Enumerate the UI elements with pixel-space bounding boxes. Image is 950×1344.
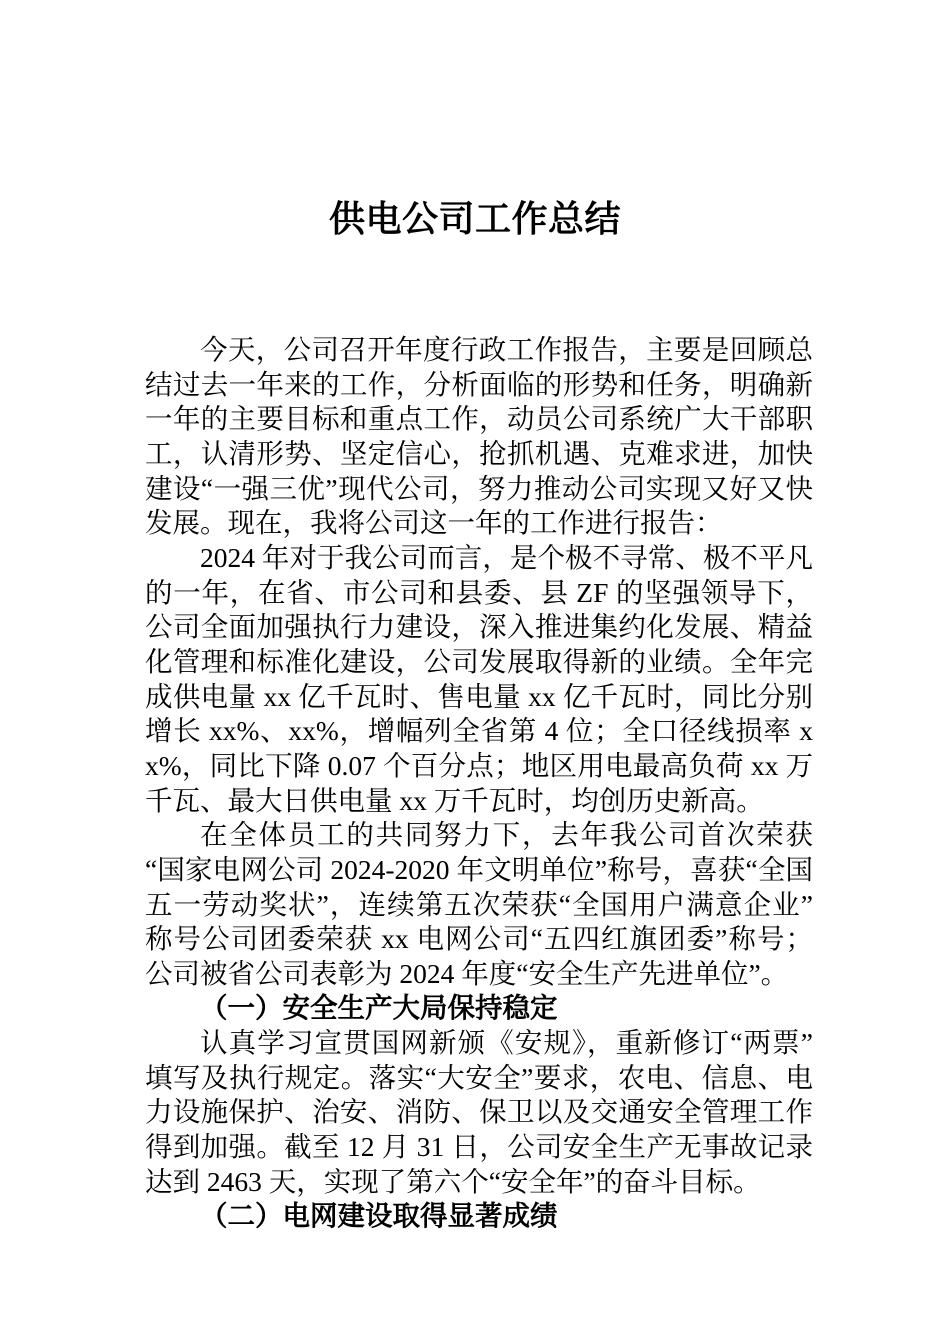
section-heading-2: （二）电网建设取得显著成绩 [145,1199,813,1234]
section-heading-1: （一）安全生产大局保持稳定 [145,991,813,1026]
paragraph-intro: 今天，公司召开年度行政工作报告，主要是回顾总结过去一年来的工作，分析面临的形势和… [145,333,813,541]
document-page: 供电公司工作总结 今天，公司召开年度行政工作报告，主要是回顾总结过去一年来的工作… [0,0,950,1344]
paragraph-year-overview: 2024 年对于我公司而言，是个极不寻常、极不平凡的一年，在省、市公司和县委、县… [145,541,813,818]
document-title: 供电公司工作总结 [0,191,950,242]
paragraph-honors: 在全体员工的共同努力下，去年我公司首次荣获“国家电网公司 2024-2020 年… [145,818,813,991]
paragraph-safety: 认真学习宣贯国网新颁《安规》，重新修订“两票”填写及执行规定。落实“大安全”要求… [145,1026,813,1199]
document-body: 今天，公司召开年度行政工作报告，主要是回顾总结过去一年来的工作，分析面临的形势和… [145,333,813,1234]
